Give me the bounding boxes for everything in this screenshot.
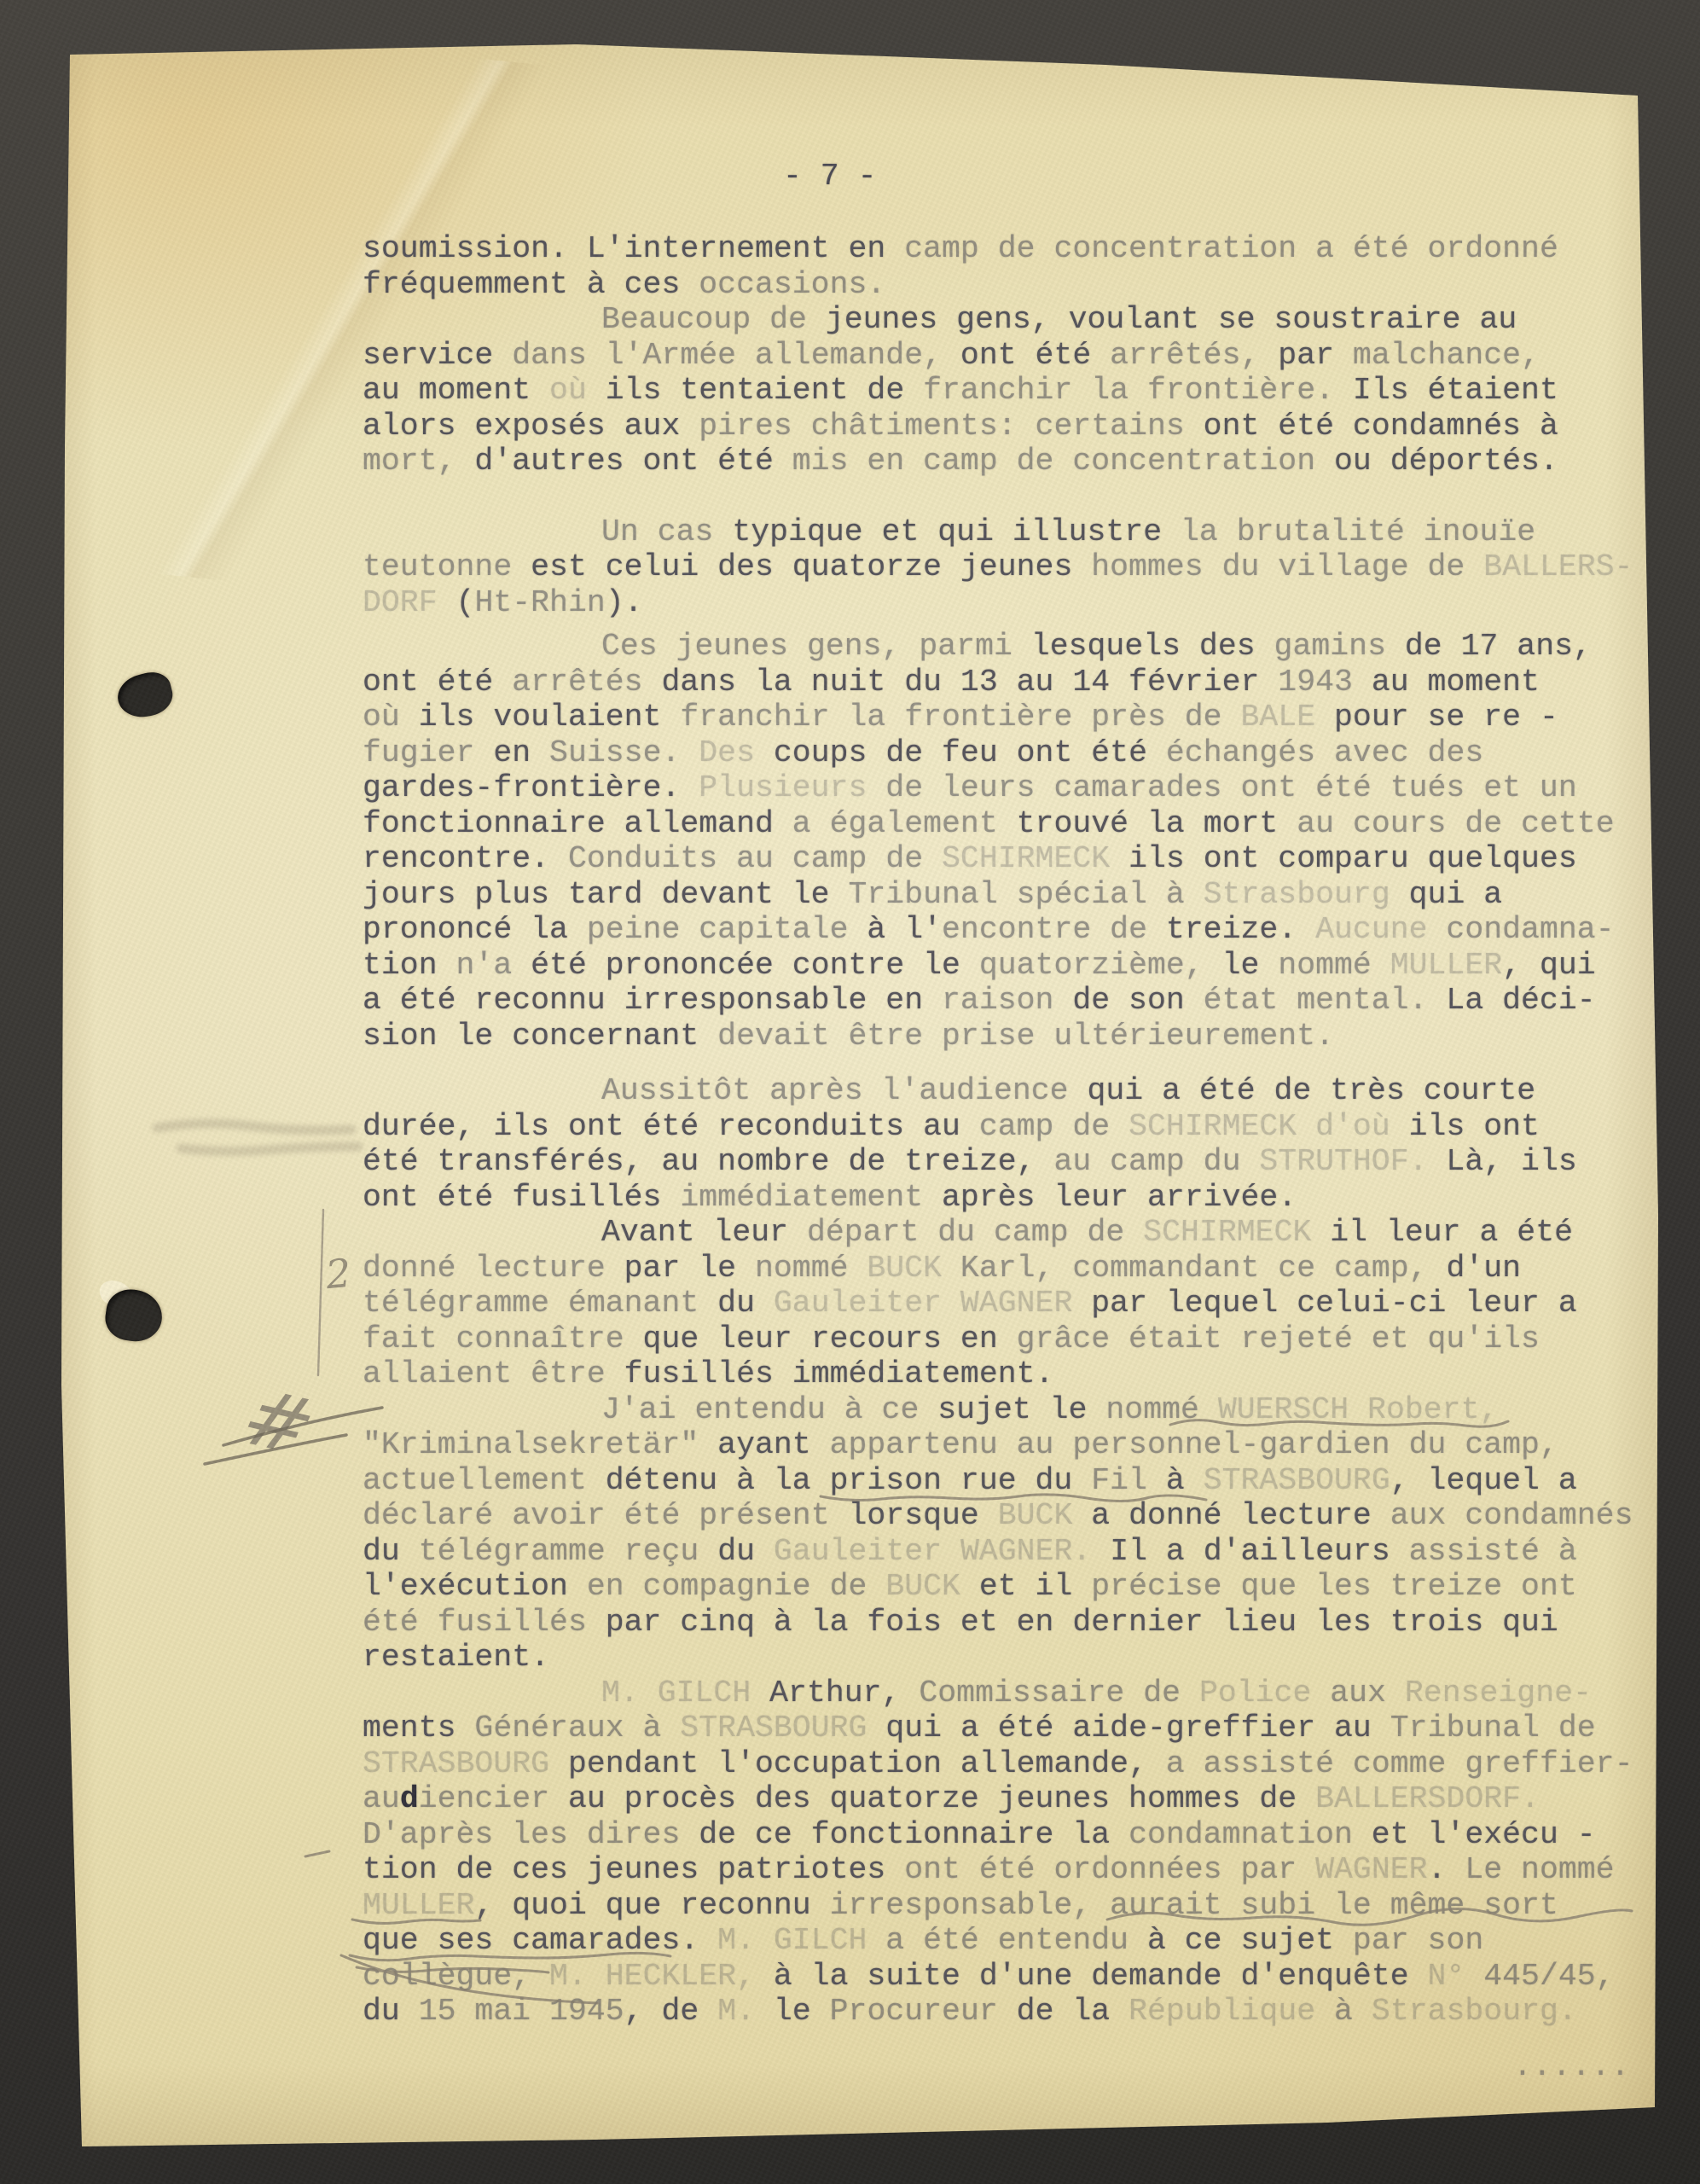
typed-segment: à [1147,1463,1204,1498]
typed-segment: iencier [419,1781,549,1816]
typed-segment: a été reconnu irresponsable en [363,983,942,1018]
typed-segment: franchir la frontière. [923,373,1334,408]
typed-line: prononcé la peine capitale à l'encontre … [363,912,1651,948]
typed-segment: à [1315,1994,1372,2029]
typed-segment: STRASBOURG [680,1711,867,1745]
typed-segment: SCHIRMECK [942,841,1110,876]
typed-segment: fugier [363,735,474,770]
typed-segment: Suisse. [549,735,699,770]
typed-line: sion le concernant devait être prise ult… [363,1019,1651,1054]
typed-text: soumission. L'internement en camp de con… [363,231,1651,2030]
typed-segment: du [717,1534,774,1569]
typed-segment: nommé [755,1251,867,1286]
typed-line: teutonne est celui des quatorze jeunes h… [363,549,1651,585]
typed-segment: raison [942,983,1053,1018]
typed-segment: Ht-Rhin [474,585,605,620]
typed-segment: Le nommé [1465,1852,1614,1887]
typed-line: gardes-frontière. Plusieurs de leurs cam… [363,770,1651,806]
typed-segment: . [1428,1852,1465,1887]
typed-segment: le [1204,948,1279,983]
typed-segment: de la [998,1994,1128,2029]
typed-segment: de son [1053,983,1203,1018]
typed-line: service dans l'Armée allemande, ont été … [363,338,1651,374]
typed-segment: gamins [1274,629,1386,664]
typed-segment: été prononcée contre le [512,948,979,983]
typed-segment: MULLER [1390,948,1502,983]
typed-segment: , quoi que reconnu [474,1888,829,1923]
typed-segment: détenu à la [606,1463,830,1498]
typed-segment: gardes-frontière. [363,770,699,805]
typed-segment: Là, ils [1428,1144,1577,1179]
typed-segment: ils tentaient de [587,373,923,408]
typed-segment: lorsque [849,1498,998,1533]
typed-segment: Conduits [568,841,717,876]
scanned-document-photo: - 7 - soumission. L'internement en camp … [0,0,1700,2184]
typed-segment: aux condamnés [1390,1498,1633,1533]
typed-segment: , de [624,1994,718,2029]
typed-segment: au [363,1781,400,1816]
typed-segment: peine capitale [587,912,849,947]
typed-segment: actuellement [363,1463,606,1498]
typed-segment: par le [624,1251,755,1286]
typed-segment: ont été [363,665,512,700]
typed-line: fréquemment à ces occasions. [363,267,1651,303]
typed-line: du 15 mai 1945, de M. le Procureur de la… [363,1994,1651,2030]
typed-segment: pendant l'occupation allemande, [549,1746,1166,1781]
typed-segment: le [755,1994,830,2029]
typed-segment: sujet le [937,1392,1105,1427]
typed-line: Aussitôt après l'audience qui a été de t… [363,1073,1651,1109]
typed-segment: ont été condamnés à [1185,409,1558,444]
typed-line: tion de ces jeunes patriotes ont été ord… [363,1852,1651,1888]
typed-segment: fréquemment à ces [363,267,699,302]
typed-line: rencontre. Conduits au camp de SCHIRMECK… [363,841,1651,877]
typed-segment: de 17 ans, [1386,629,1592,664]
typed-segment: Arthur, [751,1676,919,1711]
typed-segment: Karl, commandant ce camp, [942,1251,1446,1286]
typed-line: jours plus tard devant le Tribunal spéci… [363,877,1651,913]
typed-line: fait connaître que leur recours en grâce… [363,1321,1651,1357]
typed-segment: ayant [699,1427,829,1462]
typed-segment: a également [792,806,998,841]
typed-segment: nommé [1278,948,1390,983]
typed-segment: sion le concernant [363,1019,717,1054]
typed-segment: d'autres ont été [474,444,792,479]
typed-line: Beaucoup de jeunes gens, voulant se sous… [363,302,1651,338]
typed-line: où ils voulaient franchir la frontière p… [363,700,1651,735]
typed-segment: échangés avec des [1166,735,1483,770]
typed-segment: jeunes gens, voulant se soustraire au [826,302,1517,337]
typed-segment: camp de concentration a été ordonné [904,231,1558,266]
paragraph: soumission. L'internement en camp de con… [363,231,1651,479]
typed-segment: camp de [979,1109,1128,1144]
typed-line: Ces jeunes gens, parmi lesquels des gami… [363,629,1651,665]
typed-segment: pour se re - [1315,700,1558,735]
typed-segment: du [363,1994,419,2029]
typed-segment: a donné lecture [1072,1498,1390,1533]
typed-segment: fonctionnaire allemand [363,806,792,841]
typed-segment: appartenu au [830,1427,1073,1462]
typed-segment: spécial à [1017,877,1204,912]
typed-segment: est celui des quatorze jeunes [512,549,1091,584]
typed-line: actuellement détenu à la prison rue du F… [363,1463,1651,1499]
typed-segment: M. GILCH [601,1676,751,1711]
typed-segment: donné lecture [363,1251,624,1286]
typed-segment: qui a été aide-greffier au [867,1711,1390,1745]
typed-segment: encontre de [942,912,1166,947]
typed-line: alors exposés aux pires châtiments: cert… [363,409,1651,444]
typed-segment: a assisté comme [1166,1746,1465,1781]
typed-line: allaient être fusillés immédiatement. [363,1356,1651,1392]
typed-segment: certains [1017,409,1185,444]
typed-segment: STRASBOURG [1204,1463,1390,1498]
typed-segment: reçu [624,1534,718,1569]
typed-segment: BALLERS- [1483,549,1633,584]
typed-segment: prononcé la [363,912,587,947]
typed-line: mort, d'autres ont été mis en camp de co… [363,444,1651,479]
typed-segment: Tribunal de [1390,1711,1596,1745]
typed-segment: teutonne [363,549,512,584]
typed-segment: treize. [1166,912,1297,947]
typed-segment: Renseigne- [1405,1676,1592,1711]
typed-segment: d'un [1446,1251,1521,1286]
typed-line: "Kriminalsekretär" ayant appartenu au pe… [363,1427,1651,1463]
typed-segment: dans l'Armée allemande, [512,338,960,373]
typed-segment: Un cas [601,514,713,549]
typed-segment: par lequel celui-ci leur a [1072,1286,1576,1321]
typed-segment: condamna- [1428,912,1615,947]
typed-segment: par son [1353,1923,1483,1958]
typed-segment: Beaucoup de [601,302,826,337]
typed-segment: n'a [456,948,513,983]
typed-segment: ils voulaient [400,700,681,735]
typed-line: ont été arrêtés dans la nuit du 13 au 14… [363,665,1651,700]
typed-segment: Avant leur [601,1215,807,1250]
typed-segment: SCHIRMECK [1128,1109,1297,1144]
typed-segment: mis en camp de concentration [792,444,1315,479]
typed-segment: MULLER [363,1888,474,1923]
typed-segment: précise [1091,1569,1240,1604]
typed-segment: Strasbourg. [1372,1994,1577,2029]
typed-segment: mort, [363,444,474,479]
typed-segment: Procureur [830,1994,998,2029]
typed-segment: et l'exécu - [1353,1817,1596,1852]
typed-segment: ments [363,1711,474,1745]
typed-segment: Aucune [1297,912,1427,947]
typed-segment: 445/45, [1483,1959,1614,1994]
typed-segment: tion [363,948,456,983]
typed-segment: et il [960,1569,1091,1604]
typed-line: du télégramme reçu du Gauleiter WAGNER. … [363,1534,1651,1570]
typed-line: déclaré avoir été présent lorsque BUCK a… [363,1498,1651,1534]
typed-segment: hommes du village de [1091,549,1483,584]
typed-segment: , lequel a [1390,1463,1577,1498]
typed-segment: ont été [960,338,1110,373]
typed-segment: ont été fusillés [363,1180,680,1215]
typed-segment: que ses camarades. [363,1923,717,1958]
typed-segment: trouvé la [998,806,1204,841]
typed-segment: franchir la frontière près de [680,700,1240,735]
typed-segment: qui a [1390,877,1502,912]
typed-segment: fusillés immédiatement. [606,1356,1054,1391]
typed-segment: mort [1204,806,1279,841]
typed-segment: l'exécution [363,1569,587,1604]
typed-segment: soumission. L'internement en [363,231,904,266]
typed-segment: départ du camp de [807,1215,1143,1250]
typed-segment: BUCK [867,1251,942,1286]
typed-segment: à ce sujet [1147,1923,1353,1958]
typed-segment: pires châtiments: [699,409,1016,444]
typed-segment: Gauleiter WAGNER [774,1286,1072,1321]
typed-segment: BALLERSDORF. [1315,1781,1540,1816]
typed-segment: de leurs camarades ont été tués et un [867,770,1576,805]
typed-segment: immédiatement [680,1180,942,1215]
typed-segment: au procès des quatorze jeunes hommes de [549,1781,1315,1816]
typed-segment: tion de ces jeunes patriotes [363,1852,904,1887]
typed-segment: où [363,700,400,735]
typed-segment: été transférés, au nombre de treize, [363,1144,1053,1179]
typed-segment: Il a d'ailleurs [1091,1534,1408,1569]
typed-line: M. GILCH Arthur, Commissaire de Police a… [363,1676,1651,1711]
typed-segment: malchance, [1353,338,1540,373]
typed-segment: aurait subi le même sort [1110,1888,1558,1923]
typed-segment: été fusillés [363,1605,606,1640]
typed-segment: WUERSCH Robert, [1218,1392,1499,1427]
typed-segment: aux [1311,1676,1405,1711]
typed-segment: a été entendu [867,1923,1147,1958]
typed-line: tion n'a été prononcée contre le quatorz… [363,948,1651,984]
typed-segment: où [549,373,587,408]
typed-segment: ( [438,585,475,620]
typed-segment: au moment [1353,665,1540,700]
typed-segment: prison rue du [830,1463,1092,1498]
typed-segment: ou déportés. [1315,444,1558,479]
typed-segment: que leur recours en [624,1321,1017,1356]
paragraph: J'ai entendu à ce sujet le nommé WUERSCH… [363,1392,1651,1676]
typed-segment: télégramme émanant [363,1286,699,1321]
typed-line: J'ai entendu à ce sujet le nommé WUERSCH… [363,1392,1651,1428]
typed-segment: au cours de cette [1278,806,1614,841]
typed-segment: M. [717,1994,755,2029]
typed-segment: du [363,1534,419,1569]
typed-segment: Généraux à [474,1711,680,1745]
typed-line: donné lecture par le nommé BUCK Karl, co… [363,1251,1651,1287]
typed-line: STRASBOURG pendant l'occupation allemand… [363,1746,1651,1782]
typed-segment: Ils étaient [1334,373,1558,408]
typed-line: restaient. [363,1640,1651,1676]
typed-line: soumission. L'internement en camp de con… [363,231,1651,267]
typed-segment: durée, ils ont été reconduits au [363,1109,979,1144]
typed-segment: greffier- [1465,1746,1633,1781]
typed-segment: N° [1428,1959,1484,1994]
typed-segment: que les treize ont [1241,1569,1577,1604]
typed-segment: par cinq à la fois et en dernier lieu le… [606,1605,1558,1640]
typed-segment: WAGNER [1315,1852,1427,1887]
typed-segment: ils ont [1390,1109,1540,1144]
typed-segment: collègue, [363,1959,549,1994]
paragraph: Avant leur départ du camp de SCHIRMECK i… [363,1215,1651,1392]
typed-segment: par [1259,338,1353,373]
typed-segment: Aussitôt après l'audience [601,1073,1069,1108]
typed-line: au moment où ils tentaient de franchir l… [363,373,1651,409]
typed-segment: 15 mai 1945 [419,1994,624,2029]
typed-segment: à l' [849,912,943,947]
typed-segment: typique et qui illustre [713,514,1181,549]
typed-segment: ont été ordonnées par [904,1852,1315,1887]
typed-segment: M. GILCH [717,1923,867,1958]
typed-line: collègue, M. HECKLER, à la suite d'une d… [363,1959,1651,1995]
typed-segment: SCHIRMECK [1143,1215,1311,1250]
typed-segment: au camp du [1053,1144,1259,1179]
typed-segment: après leur arrivée. [942,1180,1297,1215]
typed-segment: télégramme [419,1534,624,1569]
typed-segment: personnel-gardien du camp, [1072,1427,1558,1462]
typed-line: fonctionnaire allemand a également trouv… [363,806,1651,842]
typed-segment: d'où [1297,1109,1390,1144]
typed-segment: D'après les dires [363,1817,680,1852]
typed-segment: Police [1199,1676,1311,1711]
typed-line: a été reconnu irresponsable en raison de… [363,983,1651,1019]
typed-segment: Plusieurs [699,770,867,805]
typed-segment: arrêtés, [1110,338,1259,373]
handwritten-margin-number: 2 [324,1250,353,1298]
typed-line: MULLER, quoi que reconnu irresponsable, … [363,1888,1651,1924]
typed-segment: à la suite d'une demande d'enquête [755,1959,1428,1994]
typed-segment: arrêtés [512,665,642,700]
typed-segment: M. HECKLER, [549,1959,755,1994]
trailing-dots: ...... [1513,2049,1630,2084]
typed-line: DORF (Ht-Rhin). [363,585,1651,621]
typed-segment: BUCK [885,1569,960,1604]
typed-segment: BUCK [998,1498,1073,1533]
paragraph: M. GILCH Arthur, Commissaire de Police a… [363,1676,1651,2030]
typed-line: durée, ils ont été reconduits au camp de… [363,1109,1651,1145]
typed-segment: alors exposés aux [363,409,699,444]
typed-segment: ). [606,585,643,620]
typed-segment: , qui [1502,948,1596,983]
paragraph: Ces jeunes gens, parmi lesquels des gami… [363,629,1651,1054]
typed-segment: occasions. [699,267,885,302]
typed-segment: service [363,338,512,373]
typed-segment: Ces jeunes gens, parmi [601,629,1031,664]
typed-segment: au moment [363,373,549,408]
typed-segment: lesquels des [1031,629,1274,664]
typed-segment: en compagnie de [587,1569,885,1604]
typed-segment: grâce était rejeté et qu'ils [1017,1321,1540,1356]
typed-segment: quatorzième, [979,948,1204,983]
typed-segment: République [1128,1994,1315,2029]
paragraph: Aussitôt après l'audience qui a été de t… [363,1073,1651,1215]
typed-line: Avant leur départ du camp de SCHIRMECK i… [363,1215,1651,1251]
typed-segment: DORF [363,585,438,620]
typed-segment: nommé [1105,1392,1217,1427]
typed-line: fugier en Suisse. Des coups de feu ont é… [363,735,1651,771]
typed-segment: assisté à [1409,1534,1577,1569]
typed-segment: dans la nuit du 13 au 14 février [643,665,1279,700]
typed-line: l'exécution en compagnie de BUCK et il p… [363,1569,1651,1605]
typed-segment: avoir été présent [512,1498,848,1533]
typed-segment: Fil [1091,1463,1147,1498]
typed-segment: la brutalité inouïe [1181,514,1535,549]
typed-segment: au camp de [717,841,942,876]
typed-line: que ses camarades. M. GILCH a été entend… [363,1923,1651,1959]
typed-segment: irresponsable, [830,1888,1111,1923]
typed-segment: en [474,735,549,770]
typed-segment: il leur a été [1311,1215,1573,1250]
typed-line: audiencier au procès des quatorze jeunes… [363,1781,1651,1817]
typed-segment: du [699,1286,774,1321]
typed-line: ments Généraux à STRASBOURG qui a été ai… [363,1711,1651,1746]
page-number: - 7 - [783,159,877,194]
typed-segment: état mental. [1204,983,1428,1018]
typed-segment: Commissaire de [919,1676,1199,1711]
typed-segment: déclaré [363,1498,512,1533]
typed-line: été fusillés par cinq à la fois et en de… [363,1605,1651,1641]
typed-segment: 1943 [1278,665,1353,700]
typed-segment: devait être prise ultérieurement. [717,1019,1334,1054]
typed-line: été transférés, au nombre de treize, au … [363,1144,1651,1180]
typed-line: télégramme émanant du Gauleiter WAGNER p… [363,1286,1651,1321]
typed-line: Un cas typique et qui illustre la brutal… [363,514,1651,550]
typed-segment: BALE [1240,700,1315,735]
typed-segment: Strasbourg [1204,877,1390,912]
typed-segment: Gauleiter WAGNER. [774,1534,1091,1569]
typed-segment: fait connaître [363,1321,624,1356]
typed-segment: de ce fonctionnaire la [680,1817,1128,1852]
typed-segment: La déci- [1428,983,1596,1018]
typed-segment: Tribunal [849,877,1017,912]
typed-line: ont été fusillés immédiatement après leu… [363,1180,1651,1216]
typed-segment: condamnation [1128,1817,1353,1852]
handwritten-correction: d [400,1781,419,1816]
typed-segment: qui a été de très courte [1069,1073,1536,1108]
typed-segment: rencontre. [363,841,568,876]
typed-segment: jours plus tard devant le [363,877,849,912]
typed-segment: J'ai entendu à ce [601,1392,937,1427]
typed-segment: coups de feu ont été [755,735,1166,770]
typed-segment: restaient. [363,1640,549,1675]
typed-segment: STRASBOURG [363,1746,549,1781]
typed-segment: allaient être [363,1356,606,1391]
paragraph: Un cas typique et qui illustre la brutal… [363,514,1651,621]
typed-segment: ils ont comparu quelques [1110,841,1577,876]
typed-segment: "Kriminalsekretär" [363,1427,699,1462]
typed-segment: Des [699,735,755,770]
typed-segment: STRUTHOF. [1259,1144,1427,1179]
typed-line: D'après les dires de ce fonctionnaire la… [363,1817,1651,1853]
